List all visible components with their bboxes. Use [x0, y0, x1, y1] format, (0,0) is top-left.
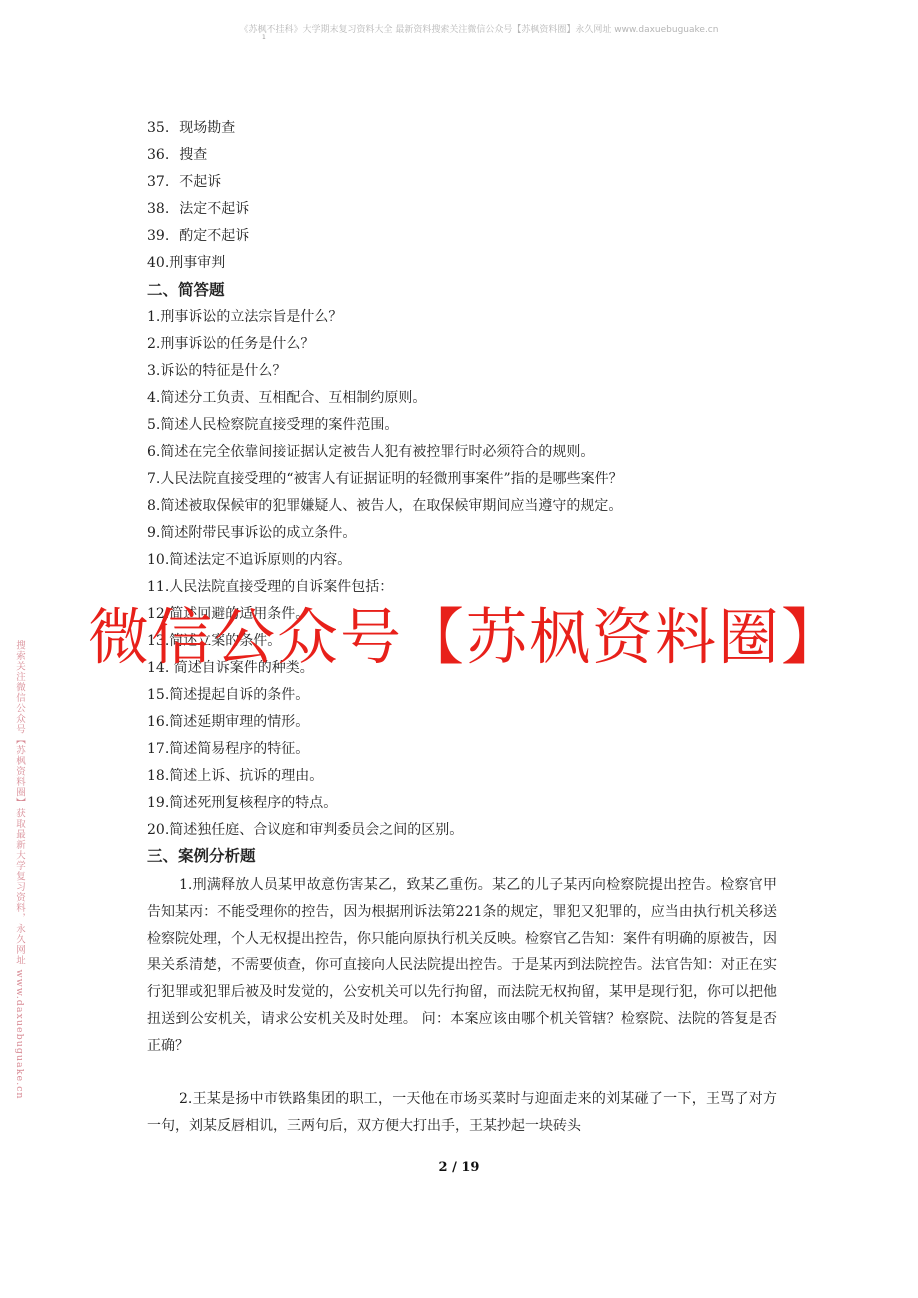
term-item: 38.法定不起诉: [147, 199, 249, 219]
question-item: 17.简述简易程序的特征。: [147, 739, 309, 759]
term-item: 35.现场勘查: [147, 118, 235, 138]
question-item: 1.刑事诉讼的立法宗旨是什么？: [147, 307, 342, 327]
side-watermark-text: 搜索关注微信公众号【苏枫资料圈】获取最新大学复习资料，永久网址 www.daxu…: [12, 640, 26, 1100]
question-item: 19.简述死刑复核程序的特点。: [147, 793, 337, 813]
header-text: 《苏枫不挂科》大学期末复习资料大全 最新资料搜索关注微信公众号【苏枫资料圈】永久…: [240, 25, 719, 35]
term-item: 37.不起诉: [147, 172, 221, 192]
section-heading-case-analysis: 三、案例分析题: [147, 846, 256, 866]
question-item: 15.简述提起自诉的条件。: [147, 685, 309, 705]
term-item: 39.酌定不起诉: [147, 226, 249, 246]
term-item: 40.刑事审判: [147, 253, 225, 273]
page-number: 2 / 19: [0, 1160, 918, 1175]
question-item: 16.简述延期审理的情形。: [147, 712, 309, 732]
question-item: 9.简述附带民事诉讼的成立条件。: [147, 523, 356, 543]
header-mark: 1: [262, 34, 266, 41]
section-heading-short-answer: 二、简答题: [147, 280, 225, 300]
page-header: 《苏枫不挂科》大学期末复习资料大全 最新资料搜索关注微信公众号【苏枫资料圈】永久…: [0, 22, 918, 35]
question-item: 6.简述在完全依靠间接证据认定被告人犯有被控罪行时必须符合的规则。: [147, 442, 594, 462]
question-item: 11.人民法院直接受理的自诉案件包括：: [147, 577, 393, 597]
question-item: 8.简述被取保候审的犯罪嫌疑人、被告人，在取保候审期间应当遵守的规定。: [147, 496, 622, 516]
question-item: 5.简述人民检察院直接受理的案件范围。: [147, 415, 398, 435]
question-item: 7.人民法院直接受理的“被害人有证据证明的轻微刑事案件”指的是哪些案件？: [147, 469, 623, 489]
question-item: 3.诉讼的特征是什么？: [147, 361, 286, 381]
case-paragraph: 1.刑满释放人员某甲故意伤害某乙，致某乙重伤。某乙的儿子某丙向检察院提出控告。检…: [147, 872, 777, 1060]
question-item: 18.简述上诉、抗诉的理由。: [147, 766, 323, 786]
term-item: 36.搜查: [147, 145, 207, 165]
watermark-overlay: 微信公众号【苏枫资料圈】: [88, 598, 788, 678]
question-item: 4.简述分工负责、互相配合、互相制约原则。: [147, 388, 426, 408]
question-item: 2.刑事诉讼的任务是什么？: [147, 334, 314, 354]
question-item: 10.简述法定不追诉原则的内容。: [147, 550, 351, 570]
question-item: 20.简述独任庭、合议庭和审判委员会之间的区别。: [147, 820, 463, 840]
case-paragraph: 2.王某是扬中市铁路集团的职工，一天他在市场买菜时与迎面走来的刘某碰了一下，王骂…: [147, 1086, 777, 1140]
